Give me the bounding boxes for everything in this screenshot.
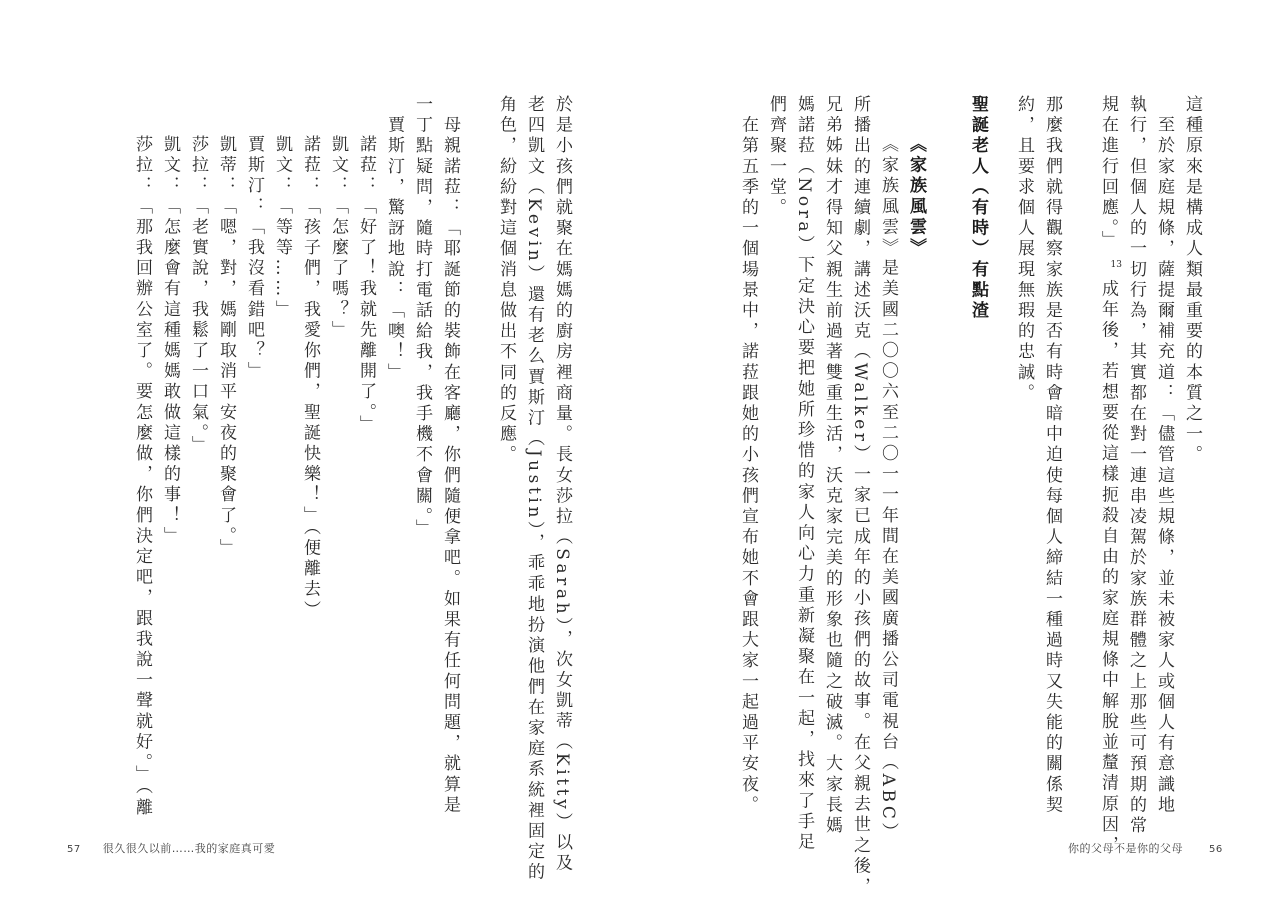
text-column: 所播出的連續劇，講述沃克（Walker）一家已成年的小孩們的故事。在父親去世之後… xyxy=(846,95,874,898)
dialogue-line: 母親諾菈：「耶誕節的裝飾在客廳，你們隨便拿吧。如果有任何問題，就算是 xyxy=(436,95,464,816)
dialogue-line: 諾菈：「孩子們，我愛你們，聖誕快樂！」（便離去） xyxy=(296,135,324,621)
right-page: 這種原來是構成人類最重要的本質之一。 至於家庭規條，薩提爾補充道：「儘管這些規條… xyxy=(638,0,1276,906)
text-column: 於是小孩們就聚在媽媽的廚房裡商量。長女莎拉（Sarah），次女凱蒂（Kitty）… xyxy=(548,95,576,874)
subheading: 《家族風雲》 xyxy=(902,135,930,259)
running-head: 你的父母不是你的父母 xyxy=(1068,842,1183,855)
text-column: 規在進行回應。」13成年後，若想要從這樣扼殺自由的家庭規條中解脫並釐清原因， xyxy=(1094,95,1122,856)
dialogue-line: 賈斯汀：「我沒看錯吧？」 xyxy=(240,135,268,382)
dialogue-line: 凱蒂：「嗯，對，媽剛取消平安夜的聚會了。」 xyxy=(212,135,240,559)
dialogue-line: 莎拉：「那我回辦公室了。要怎麼做，你們決定吧，跟我說一聲就好。」（離 xyxy=(128,135,156,818)
dialogue-line: 凱文：「等等……」 xyxy=(268,135,296,320)
text-column: 這種原來是構成人類最重要的本質之一。 xyxy=(1178,95,1206,466)
text-column: 《家族風雲》是美國二〇〇六至二〇一一年間在美國廣播公司電視台（ABC） xyxy=(874,135,902,843)
text-column: 兄弟姊妹才得知父親生前過著雙重生活，沃克家完美的形象也隨之破滅。大家長媽 xyxy=(818,95,846,837)
left-page: 於是小孩們就聚在媽媽的廚房裡商量。長女莎拉（Sarah），次女凱蒂（Kitty）… xyxy=(0,0,638,906)
text-column: 約，且要求個人展現無瑕的忠誠。 xyxy=(1010,95,1038,404)
dialogue-line: 賈斯汀，驚訝地說：「噢！」 xyxy=(380,95,408,383)
dialogue-line: 凱文：「怎麼了嗎？」 xyxy=(324,135,352,341)
section-heading: 聖誕老人（有時）有點渣 xyxy=(964,95,992,322)
running-footer: 你的父母不是你的父母 56 xyxy=(1068,840,1223,856)
dialogue-line: 一丁點疑問，隨時打電話給我，我手機不會關。」 xyxy=(408,95,436,540)
dialogue-line: 諾菈：「好了！我就先離開了。」 xyxy=(352,135,380,436)
text-column: 媽諾菈（Nora）下定決心要把她所珍惜的家人向心力重新凝聚在一起，找來了手足 xyxy=(790,95,818,853)
dialogue-line: 莎拉：「老實說，我鬆了一口氣。」 xyxy=(184,135,212,456)
dialogue-line: 凱文：「怎麼會有這種媽媽敢做這樣的事！」 xyxy=(156,135,184,547)
running-footer: 57 很久很久以前……我的家庭真可愛 xyxy=(67,840,275,856)
text-column: 老四凱文（Kevin）還有老么賈斯汀（Justin），乖乖地扮演他們在家庭系統裡… xyxy=(520,95,548,883)
running-head: 很久很久以前……我的家庭真可愛 xyxy=(103,842,276,855)
text-column: 角色，紛紛對這個消息做出不同的反應。 xyxy=(492,95,520,466)
text-segment: 成年後，若想要從這樣扼殺自由的家庭規條中解脫並釐清原因， xyxy=(1098,279,1118,856)
text-segment: 規在進行回應。」 xyxy=(1098,95,1118,251)
text-column: 在第五季的一個場景中，諾菈跟她的小孩們宣布她不會跟大家一起過平安夜。 xyxy=(734,95,762,816)
text-column: 那麼我們就得觀察家族是否有時會暗中迫使每個人締結一種過時又失能的關係契 xyxy=(1038,95,1066,816)
footnote-marker: 13 xyxy=(1111,251,1122,279)
text-column: 執行，但個人的一切行為，其實都在對一連串凌駕於家族群體之上那些可預期的常 xyxy=(1122,95,1150,837)
text-column: 們齊聚一堂。 xyxy=(762,95,790,219)
page-number: 56 xyxy=(1209,844,1223,855)
text-column: 至於家庭規條，薩提爾補充道：「儘管這些規條，並未被家人或個人有意識地 xyxy=(1150,95,1178,816)
page-number: 57 xyxy=(67,844,81,855)
